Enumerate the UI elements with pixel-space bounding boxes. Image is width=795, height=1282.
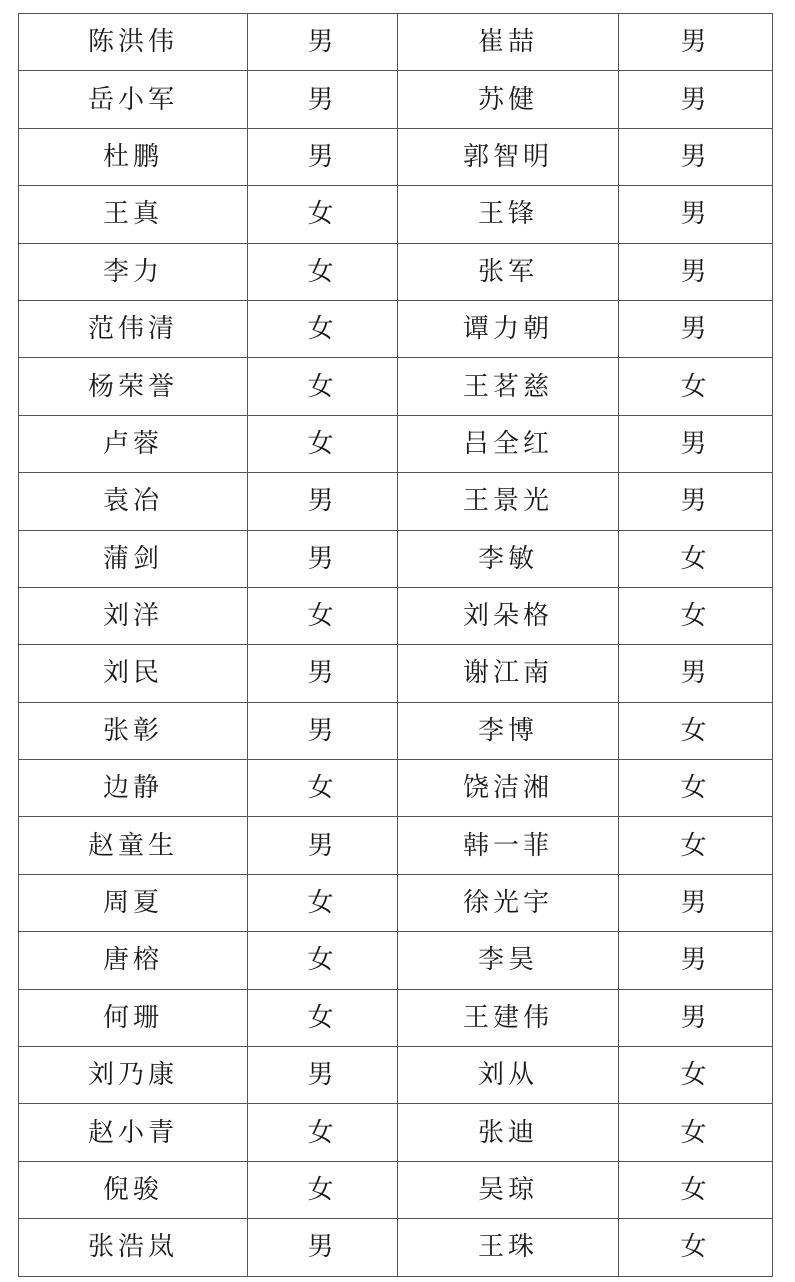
left-name-cell: 卢蓉 <box>19 415 248 472</box>
left-gender-cell: 男 <box>248 702 398 759</box>
table-row: 刘洋 女 刘朵格 女 <box>19 587 773 644</box>
right-name-cell: 李博 <box>398 702 619 759</box>
right-gender-cell: 男 <box>619 645 773 702</box>
left-name-cell: 何珊 <box>19 989 248 1046</box>
left-gender-cell: 女 <box>248 186 398 243</box>
right-gender-cell: 男 <box>619 243 773 300</box>
table-row: 卢蓉 女 吕全红 男 <box>19 415 773 472</box>
right-gender-cell: 男 <box>619 415 773 472</box>
table-row: 蒲剑 男 李敏 女 <box>19 530 773 587</box>
right-gender-cell: 女 <box>619 587 773 644</box>
right-name-cell: 吕全红 <box>398 415 619 472</box>
right-name-cell: 饶洁湘 <box>398 760 619 817</box>
table-row: 张浩岚 男 王珠 女 <box>19 1219 773 1276</box>
left-gender-cell: 男 <box>248 128 398 185</box>
right-name-cell: 韩一菲 <box>398 817 619 874</box>
table-row: 赵童生 男 韩一菲 女 <box>19 817 773 874</box>
left-name-cell: 岳小军 <box>19 71 248 128</box>
table-row: 边静 女 饶洁湘 女 <box>19 760 773 817</box>
right-name-cell: 李昊 <box>398 932 619 989</box>
left-gender-cell: 男 <box>248 1219 398 1276</box>
right-name-cell: 刘从 <box>398 1047 619 1104</box>
table-row: 岳小军 男 苏健 男 <box>19 71 773 128</box>
left-gender-cell: 女 <box>248 932 398 989</box>
left-name-cell: 唐榕 <box>19 932 248 989</box>
left-name-cell: 杜鹏 <box>19 128 248 185</box>
right-name-cell: 谢江南 <box>398 645 619 702</box>
right-name-cell: 李敏 <box>398 530 619 587</box>
right-name-cell: 王景光 <box>398 473 619 530</box>
left-name-cell: 陈洪伟 <box>19 14 248 71</box>
left-name-cell: 杨荣誉 <box>19 358 248 415</box>
right-gender-cell: 男 <box>619 71 773 128</box>
right-gender-cell: 男 <box>619 932 773 989</box>
right-gender-cell: 女 <box>619 702 773 759</box>
right-name-cell: 郭智明 <box>398 128 619 185</box>
left-name-cell: 赵童生 <box>19 817 248 874</box>
table-row: 范伟清 女 谭力朝 男 <box>19 300 773 357</box>
left-gender-cell: 女 <box>248 300 398 357</box>
table-row: 王真 女 王锋 男 <box>19 186 773 243</box>
left-gender-cell: 男 <box>248 1047 398 1104</box>
right-gender-cell: 男 <box>619 128 773 185</box>
right-gender-cell: 男 <box>619 989 773 1046</box>
table-row: 倪骏 女 吴琼 女 <box>19 1161 773 1218</box>
left-gender-cell: 男 <box>248 71 398 128</box>
table-row: 唐榕 女 李昊 男 <box>19 932 773 989</box>
left-name-cell: 范伟清 <box>19 300 248 357</box>
right-gender-cell: 女 <box>619 760 773 817</box>
left-name-cell: 李力 <box>19 243 248 300</box>
left-name-cell: 袁冶 <box>19 473 248 530</box>
right-name-cell: 王建伟 <box>398 989 619 1046</box>
left-name-cell: 刘乃康 <box>19 1047 248 1104</box>
left-name-cell: 赵小青 <box>19 1104 248 1161</box>
left-gender-cell: 女 <box>248 587 398 644</box>
left-gender-cell: 男 <box>248 473 398 530</box>
right-name-cell: 王珠 <box>398 1219 619 1276</box>
right-gender-cell: 男 <box>619 186 773 243</box>
left-gender-cell: 女 <box>248 1104 398 1161</box>
right-name-cell: 谭力朝 <box>398 300 619 357</box>
right-name-cell: 张迪 <box>398 1104 619 1161</box>
name-gender-table: 陈洪伟 男 崔喆 男 岳小军 男 苏健 男 杜鹏 男 郭智明 男 王真 女 王锋… <box>18 13 773 1277</box>
table-row: 杨荣誉 女 王茗慈 女 <box>19 358 773 415</box>
right-gender-cell: 女 <box>619 530 773 587</box>
left-name-cell: 边静 <box>19 760 248 817</box>
right-gender-cell: 女 <box>619 1104 773 1161</box>
right-name-cell: 崔喆 <box>398 14 619 71</box>
table-row: 杜鹏 男 郭智明 男 <box>19 128 773 185</box>
table-row: 刘乃康 男 刘从 女 <box>19 1047 773 1104</box>
left-gender-cell: 男 <box>248 14 398 71</box>
left-gender-cell: 女 <box>248 415 398 472</box>
table-row: 何珊 女 王建伟 男 <box>19 989 773 1046</box>
right-gender-cell: 女 <box>619 817 773 874</box>
table-row: 张彰 男 李博 女 <box>19 702 773 759</box>
right-gender-cell: 男 <box>619 874 773 931</box>
right-gender-cell: 女 <box>619 1161 773 1218</box>
right-gender-cell: 男 <box>619 14 773 71</box>
table-row: 袁冶 男 王景光 男 <box>19 473 773 530</box>
right-name-cell: 徐光宇 <box>398 874 619 931</box>
table-row: 李力 女 张军 男 <box>19 243 773 300</box>
left-gender-cell: 女 <box>248 760 398 817</box>
table-row: 刘民 男 谢江南 男 <box>19 645 773 702</box>
right-name-cell: 张军 <box>398 243 619 300</box>
table-row: 周夏 女 徐光宇 男 <box>19 874 773 931</box>
left-name-cell: 周夏 <box>19 874 248 931</box>
right-name-cell: 王锋 <box>398 186 619 243</box>
left-name-cell: 蒲剑 <box>19 530 248 587</box>
right-name-cell: 吴琼 <box>398 1161 619 1218</box>
left-gender-cell: 女 <box>248 358 398 415</box>
left-gender-cell: 女 <box>248 243 398 300</box>
left-name-cell: 刘洋 <box>19 587 248 644</box>
left-name-cell: 张浩岚 <box>19 1219 248 1276</box>
left-gender-cell: 女 <box>248 874 398 931</box>
left-name-cell: 王真 <box>19 186 248 243</box>
right-gender-cell: 女 <box>619 1047 773 1104</box>
right-name-cell: 苏健 <box>398 71 619 128</box>
left-gender-cell: 男 <box>248 530 398 587</box>
right-gender-cell: 男 <box>619 300 773 357</box>
table-row: 赵小青 女 张迪 女 <box>19 1104 773 1161</box>
right-name-cell: 王茗慈 <box>398 358 619 415</box>
right-gender-cell: 女 <box>619 1219 773 1276</box>
left-name-cell: 倪骏 <box>19 1161 248 1218</box>
left-gender-cell: 男 <box>248 645 398 702</box>
left-gender-cell: 男 <box>248 817 398 874</box>
left-name-cell: 刘民 <box>19 645 248 702</box>
right-gender-cell: 男 <box>619 473 773 530</box>
left-name-cell: 张彰 <box>19 702 248 759</box>
right-name-cell: 刘朵格 <box>398 587 619 644</box>
left-gender-cell: 女 <box>248 1161 398 1218</box>
table-row: 陈洪伟 男 崔喆 男 <box>19 14 773 71</box>
right-gender-cell: 女 <box>619 358 773 415</box>
left-gender-cell: 女 <box>248 989 398 1046</box>
table-body: 陈洪伟 男 崔喆 男 岳小军 男 苏健 男 杜鹏 男 郭智明 男 王真 女 王锋… <box>19 14 773 1277</box>
